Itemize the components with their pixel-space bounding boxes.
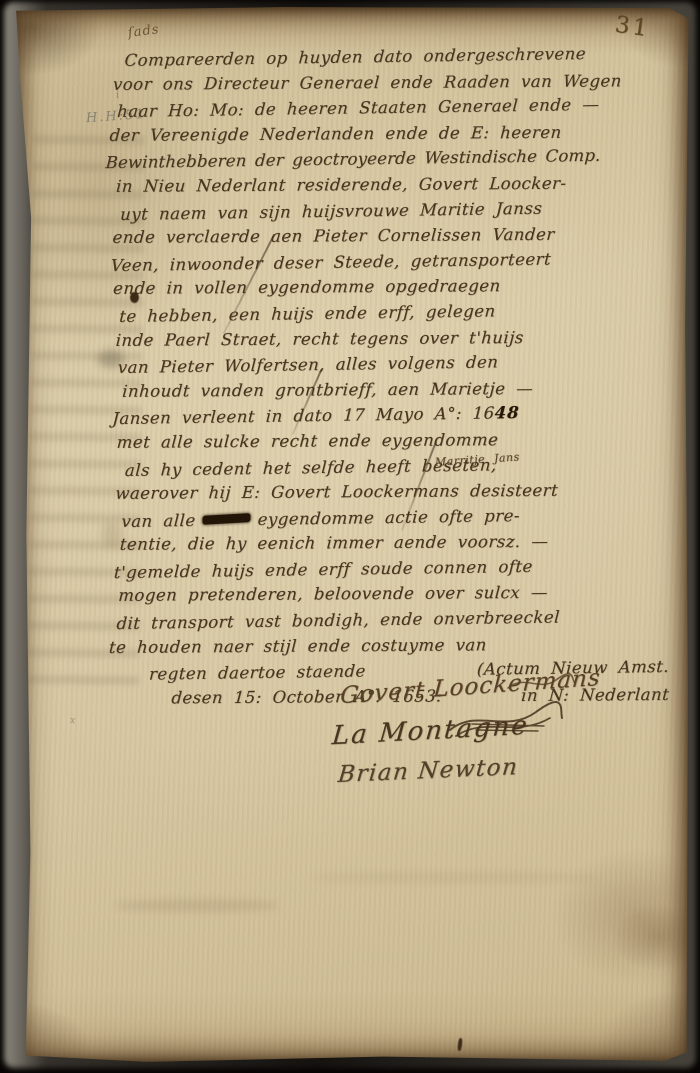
photographed-manuscript: 31 H.H:51 i x ſads Compareerden op huyde… bbox=[0, 0, 700, 1073]
line-text: eygendomme actie ofte pre- bbox=[257, 506, 520, 529]
signature-paraph-icon bbox=[446, 700, 566, 742]
pencil-corner-mark: x bbox=[69, 716, 76, 727]
overwritten-year: 48 bbox=[494, 403, 520, 422]
line-text: van alle bbox=[121, 511, 196, 531]
stain bbox=[310, 872, 600, 883]
interlinear-insertion: Marritje Jans bbox=[434, 444, 520, 475]
parchment-sheet: 31 H.H:51 i x ſads Compareerden op huyde… bbox=[10, 6, 692, 1064]
ink-mark bbox=[457, 1038, 463, 1051]
signature: Brian Newton bbox=[337, 754, 520, 788]
line-text: regten daertoe staende bbox=[148, 659, 366, 688]
folio-number: 31 bbox=[613, 12, 652, 43]
deed-body-text: Compareerden op huyden dato ondergeschre… bbox=[101, 41, 674, 712]
stain bbox=[115, 899, 280, 912]
signature-flourish-icon bbox=[506, 672, 576, 694]
opening-scribble: ſads bbox=[127, 22, 160, 41]
struck-out-word-blot bbox=[203, 513, 251, 525]
line-text: Jansen verleent in dato 17 Mayo A°: 16 bbox=[112, 404, 495, 429]
